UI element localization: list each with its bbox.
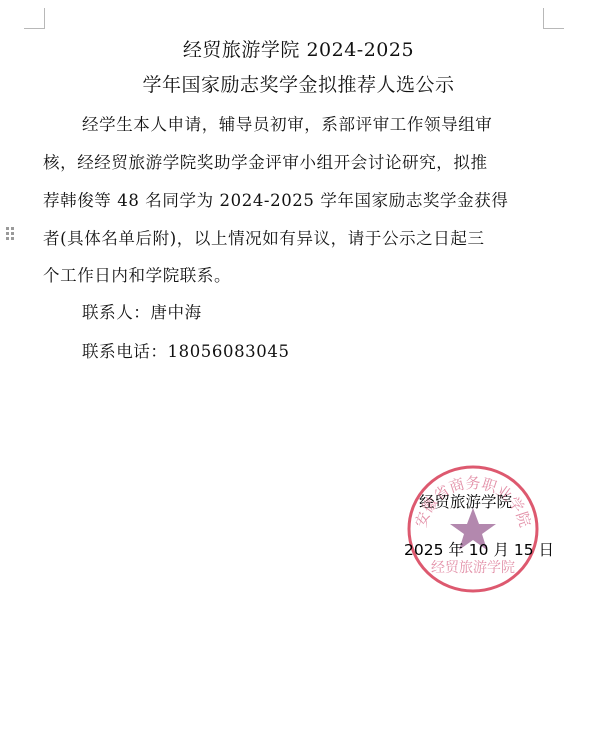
svg-text:经贸旅游学院: 经贸旅游学院 — [431, 560, 515, 576]
contact-person: 联系人：唐中海 — [82, 299, 202, 323]
official-seal-icon: 安徽省商务职业学院 经贸旅游学院 — [405, 464, 541, 594]
page-corner-mark-top-right — [543, 8, 564, 29]
paragraph-line: 核，经经贸旅游学院奖助学金评审小组开会讨论研究，拟推 — [43, 149, 488, 173]
contact-phone: 联系电话：18056083045 — [82, 338, 290, 362]
paragraph-line: 者(具体名单后附)，以上情况如有异议，请于公示之日起三 — [43, 225, 485, 249]
drag-handle-icon[interactable] — [6, 227, 16, 241]
page-corner-mark-top-left — [24, 8, 45, 29]
document-title-line-1: 经贸旅游学院 2024-2025 — [0, 35, 597, 62]
paragraph-line: 荐韩俊等 48 名同学为 2024-2025 学年国家励志奖学金获得 — [43, 187, 508, 211]
document-title-line-2: 学年国家励志奖学金拟推荐人选公示 — [0, 70, 597, 97]
paragraph-line: 个工作日内和学院联系。 — [43, 262, 231, 286]
document-date: 2025 年 10 月 15 日 — [404, 538, 554, 560]
signer-name: 经贸旅游学院 — [419, 490, 512, 512]
paragraph-line: 经学生本人申请，辅导员初审，系部评审工作领导组审 — [82, 111, 492, 135]
